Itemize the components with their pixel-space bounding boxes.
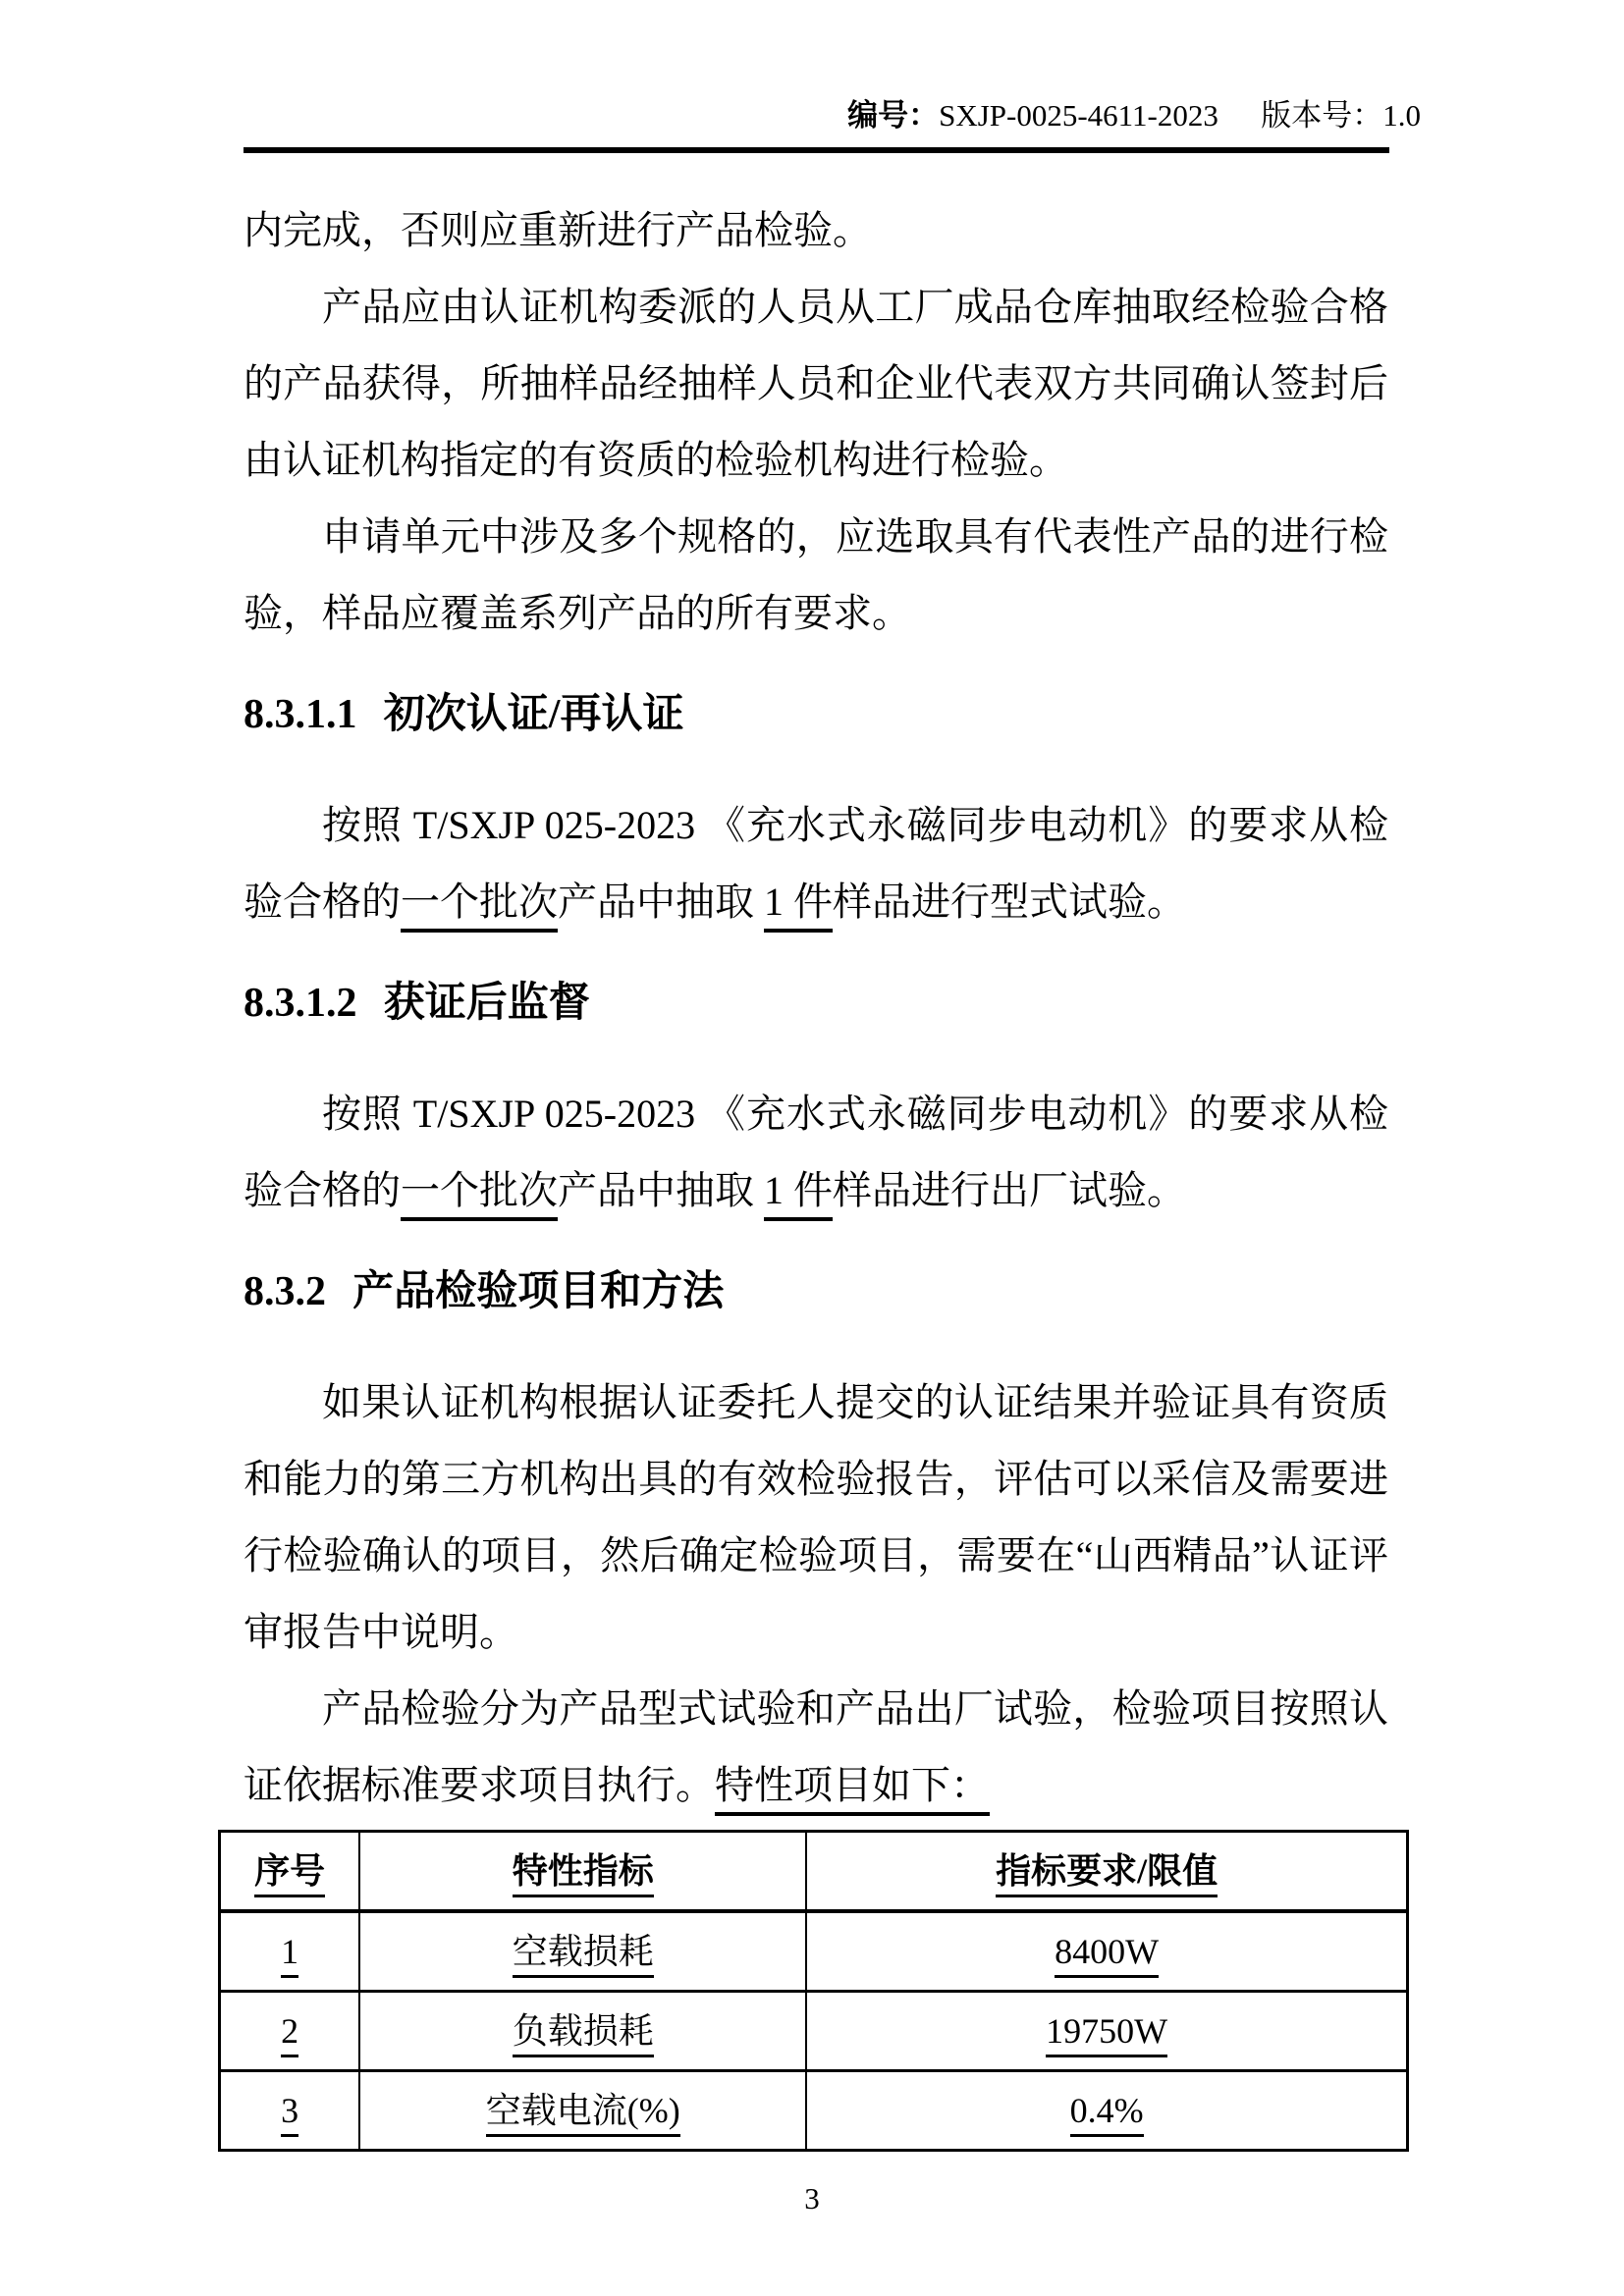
paragraph-factory-test: 按照 T/SXJP 025-2023 《充水式永磁同步电动机》的要求从检验合格的… (244, 1076, 1388, 1229)
paragraph-test-types: 产品检验分为产品型式试验和产品出厂试验，检验项目按照认证依据标准要求项目执行。特… (244, 1671, 1388, 1824)
spec-table-head: 序号 特性指标 指标要求/限值 (220, 1832, 1408, 1912)
table-row: 2 负载损耗 19750W (220, 1992, 1408, 2071)
table-row: 1 空载损耗 8400W (220, 1911, 1408, 1992)
paragraph-type-test: 按照 T/SXJP 025-2023 《充水式永磁同步电动机》的要求从检验合格的… (244, 787, 1388, 940)
section-title: 产品检验项目和方法 (352, 1269, 724, 1314)
doc-number-label: 编号： (847, 98, 939, 133)
cell-index: 2 (220, 1992, 360, 2071)
header-rule (244, 147, 1389, 153)
text-segment: 样品进行型式试验。 (833, 880, 1186, 924)
underlined-phrase: 1 件 (764, 880, 833, 933)
cell-value: 19750W (806, 1992, 1407, 2071)
section-title: 获证后监督 (384, 981, 590, 1026)
text-segment: 产品中抽取 (558, 880, 764, 924)
cell-indicator: 负载损耗 (359, 1992, 806, 2071)
cell-value: 8400W (806, 1911, 1407, 1992)
paragraph-continuation: 内完成，否则应重新进行产品检验。 (244, 192, 1388, 269)
paragraph-sampling: 产品应由认证机构委派的人员从工厂成品仓库抽取经检验合格的产品获得，所抽样品经抽样… (244, 269, 1388, 499)
spec-table-body: 1 空载损耗 8400W 2 负载损耗 19750W 3 空载电流(%) 0.4… (220, 1911, 1408, 2151)
underlined-phrase: 一个批次 (401, 880, 558, 933)
col-header-limit: 指标要求/限值 (806, 1832, 1407, 1912)
table-row: 3 空载电流(%) 0.4% (220, 2071, 1408, 2151)
col-header-index: 序号 (220, 1832, 360, 1912)
cell-value: 0.4% (806, 2071, 1407, 2151)
section-heading-initial-cert: 8.3.1.1初次认证/再认证 (244, 689, 1388, 740)
underlined-phrase: 特性项目如下： (715, 1763, 990, 1816)
document-body: 内完成，否则应重新进行产品检验。 产品应由认证机构委派的人员从工厂成品仓库抽取经… (244, 192, 1388, 2152)
section-number: 8.3.1.1 (244, 692, 357, 737)
page-header: 编号：SXJP-0025-4611-2023版本号：1.0 (244, 94, 1421, 137)
cell-indicator: 空载损耗 (359, 1911, 806, 1992)
page-footer: 3 (0, 2177, 1624, 2220)
section-number: 8.3.2 (244, 1269, 326, 1314)
cell-index: 3 (220, 2071, 360, 2151)
section-heading-test-items: 8.3.2产品检验项目和方法 (244, 1266, 1388, 1317)
document-page: 编号：SXJP-0025-4611-2023版本号：1.0 内完成，否则应重新进… (0, 0, 1624, 2296)
section-number: 8.3.1.2 (244, 981, 357, 1026)
cell-indicator: 空载电流(%) (359, 2071, 806, 2151)
spec-table: 序号 特性指标 指标要求/限值 1 空载损耗 8400W 2 负载损耗 1975… (218, 1830, 1409, 2152)
text-segment: 样品进行出厂试验。 (833, 1168, 1186, 1212)
underlined-phrase: 1 件 (764, 1168, 833, 1221)
version-label: 版本号： (1261, 98, 1382, 133)
underlined-phrase: 一个批次 (401, 1168, 558, 1221)
paragraph-multi-spec: 申请单元中涉及多个规格的，应选取具有代表性产品的进行检验，样品应覆盖系列产品的所… (244, 499, 1388, 652)
page-number: 3 (804, 2181, 820, 2216)
version-value: 1.0 (1382, 98, 1421, 133)
paragraph-report-review: 如果认证机构根据认证委托人提交的认证结果并验证具有资质和能力的第三方机构出具的有… (244, 1364, 1388, 1671)
text-segment: 产品中抽取 (558, 1168, 764, 1212)
section-heading-post-cert: 8.3.1.2获证后监督 (244, 978, 1388, 1029)
table-header-row: 序号 特性指标 指标要求/限值 (220, 1832, 1408, 1912)
section-title: 初次认证/再认证 (384, 692, 684, 737)
cell-index: 1 (220, 1911, 360, 1992)
doc-number: SXJP-0025-4611-2023 (939, 98, 1218, 133)
col-header-indicator: 特性指标 (359, 1832, 806, 1912)
